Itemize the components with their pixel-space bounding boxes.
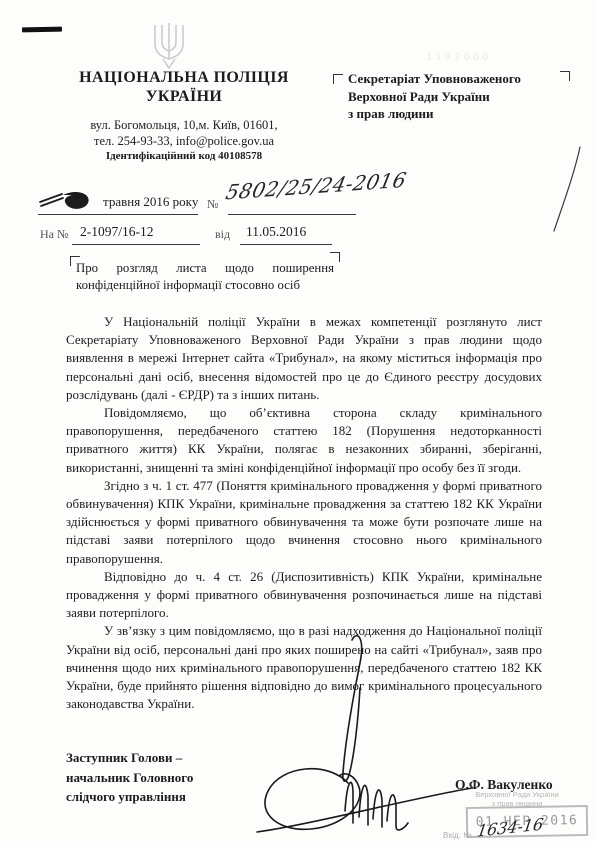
address-line2: тел. 254-93-33, info@police.gov.ua bbox=[38, 134, 330, 150]
scanned-letter-page: 1192000 НАЦІОНАЛЬНА ПОЛІЦІЯ УКРАЇНИ вул.… bbox=[0, 0, 595, 842]
signer-title-line2: начальник Головного bbox=[66, 768, 193, 788]
stamp-faint-line1: Верховної Ради України bbox=[442, 790, 592, 799]
recipient-corner-bracket-left bbox=[333, 74, 343, 84]
reply-ref-label: На № bbox=[40, 227, 68, 242]
subject-line2: конфіденційної інформації стосовно осіб bbox=[76, 277, 334, 294]
org-id-code: Ідентифікаційний код 40108578 bbox=[38, 150, 330, 162]
stamp-incoming-label: Вхід. № bbox=[443, 831, 472, 840]
body-paragraph-4: Відповідно до ч. 4 ст. 26 (Диспозитивніс… bbox=[66, 568, 542, 623]
body-paragraph-1: У Національній поліції України в межах к… bbox=[66, 313, 542, 404]
org-name-line1: НАЦІОНАЛЬНА ПОЛІЦІЯ bbox=[38, 68, 330, 87]
date-underline bbox=[38, 213, 198, 215]
handwritten-signature bbox=[253, 633, 478, 842]
recipient-block: Секретаріат Уповноваженого Верховної Рад… bbox=[348, 70, 563, 123]
signer-title-line1: Заступник Голови – bbox=[66, 748, 193, 768]
recipient-line3: з прав людини bbox=[348, 105, 563, 123]
ukraine-trident-icon bbox=[138, 20, 200, 72]
reply-ref-number: 2-1097/16-12 bbox=[80, 224, 154, 240]
address-line1: вул. Богомольця, 10,м. Київ, 01601, bbox=[38, 118, 330, 134]
handwritten-day-scribble bbox=[38, 186, 100, 214]
reply-date: 11.05.2016 bbox=[246, 224, 306, 240]
number-sign: № bbox=[207, 197, 218, 212]
reply-date-underline bbox=[240, 243, 332, 245]
date-printed: травня 2016 року bbox=[103, 194, 198, 210]
org-name-line2: УКРАЇНИ bbox=[38, 87, 330, 106]
org-address: вул. Богомольця, 10,м. Київ, 01601, тел.… bbox=[38, 118, 330, 149]
scan-artifact-faint-number: 1192000 bbox=[426, 52, 492, 63]
scan-artifact-dash bbox=[22, 27, 62, 33]
org-name: НАЦІОНАЛЬНА ПОЛІЦІЯ УКРАЇНИ bbox=[38, 68, 330, 106]
subject-line1: Про розгляд листа щодо поширення bbox=[76, 260, 334, 277]
signer-title-line3: слідчого управління bbox=[66, 787, 193, 807]
body-paragraph-2: Повідомляємо, що об’єктивна сторона скла… bbox=[66, 404, 542, 477]
reply-date-label: від bbox=[215, 227, 230, 242]
handwritten-outgoing-number: 5802/25/24-2016 bbox=[224, 167, 409, 204]
pen-stroke-diagonal bbox=[550, 145, 585, 235]
recipient-line2: Верховної Ради України bbox=[348, 88, 563, 106]
body-paragraph-3: Згідно з ч. 1 ст. 477 (Поняття криміналь… bbox=[66, 477, 542, 568]
signer-title: Заступник Голови – начальник Головного с… bbox=[66, 748, 193, 807]
recipient-line1: Секретаріат Уповноваженого bbox=[348, 70, 563, 88]
subject-block: Про розгляд листа щодо поширення конфіде… bbox=[76, 260, 334, 294]
reply-ref-underline bbox=[72, 243, 200, 245]
number-underline bbox=[228, 213, 356, 215]
